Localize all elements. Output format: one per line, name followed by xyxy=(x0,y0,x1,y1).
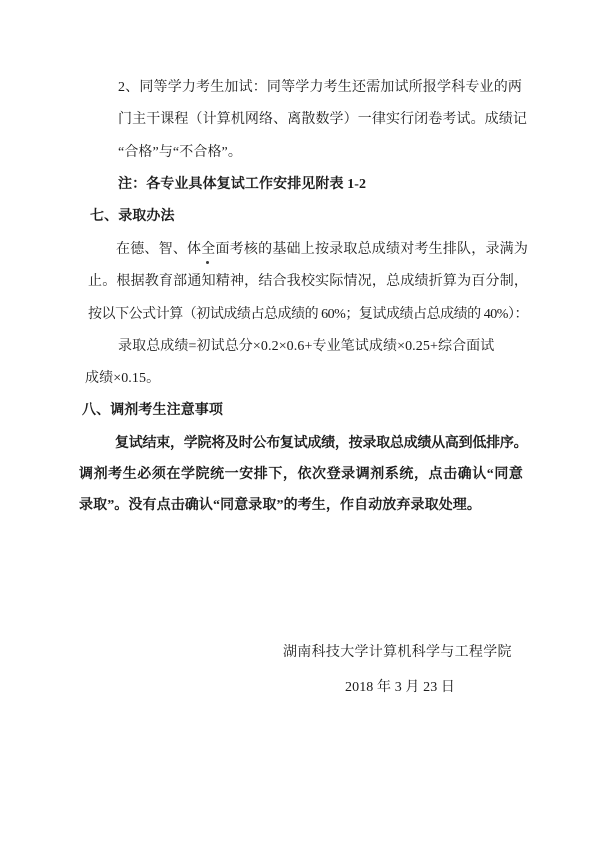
doc-line-s7-2: 止。根据教育部通知精神，结合我校实际情况，总成绩折算为百分制， xyxy=(88,272,528,291)
doc-line-formula-2: 成绩×0.15。 xyxy=(85,369,160,388)
doc-line-s8-2: 调剂考生必须在学院统一安排下，依次登录调剂系统，点击确认“同意 xyxy=(79,465,523,484)
doc-note: 注：各专业具体复试工作安排见附表 1-2 xyxy=(118,175,366,194)
doc-line-item2-3: “合格”与“不合格”。 xyxy=(118,143,242,162)
doc-line-s8-1: 复试结束，学院将及时公布复试成绩，按录取总成绩从高到低排序。 xyxy=(79,434,527,453)
doc-line-formula-1: 录取总成绩=初试总分×0.2×0.6+专业笔试成绩×0.25+综合面试 xyxy=(118,337,494,356)
doc-line-item2-1: 2、同等学力考生加试：同等学力考生还需加试所报学科专业的两 xyxy=(118,78,522,97)
section-7-heading: 七、录取办法 xyxy=(90,207,175,226)
doc-line-s7-3: 按以下公式计算（初试成绩占总成绩的 60%；复试成绩占总成绩的 40%）： xyxy=(88,305,528,324)
doc-line-s7-1: 在德、智、体全面考核的基础上按录取总成绩对考生排队，录满为 xyxy=(88,240,528,259)
document-page: 2、同等学力考生加试：同等学力考生还需加试所报学科专业的两 门主干课程（计算机网… xyxy=(0,0,600,848)
doc-line-item2-2: 门主干课程（计算机网络、离散数学）一律实行闭卷考试。成绩记 xyxy=(118,110,527,129)
section-8-heading: 八、调剂考生注意事项 xyxy=(82,401,223,420)
closing-date: 2018 年 3 月 23 日 xyxy=(345,678,455,697)
doc-line-s8-3: 录取”。没有点击确认“同意录取”的考生，作自动放弃录取处理。 xyxy=(79,496,481,515)
scan-artifact-dot xyxy=(206,261,209,264)
closing-signature: 湖南科技大学计算机科学与工程学院 xyxy=(283,643,512,662)
